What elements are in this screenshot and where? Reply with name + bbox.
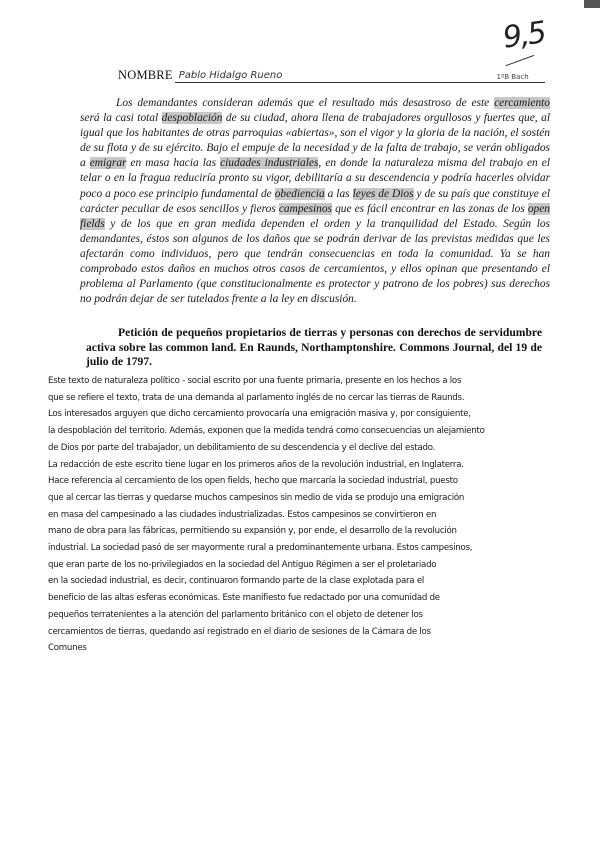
- essay-line: industrial. La sociedad pasó de ser mayo…: [48, 540, 562, 557]
- essay-line: mano de obra para las fábricas, permitie…: [48, 523, 562, 540]
- name-label: NOMBRE: [118, 68, 173, 83]
- highlighted-term: leyes de Dios: [353, 188, 414, 200]
- course-label: 1ºB Bach: [497, 73, 529, 81]
- essay-line: Comunes: [48, 640, 562, 657]
- highlighted-term: emigrar: [90, 157, 127, 169]
- student-name: Pablo Hidalgo Rueno: [179, 70, 283, 81]
- highlighted-term: despoblación: [162, 112, 223, 124]
- source-citation: Petición de pequeños propietarios de tie…: [86, 326, 542, 370]
- essay-line: en masa del campesinado a las ciudades i…: [48, 507, 562, 524]
- scan-corner-mark: [584, 0, 600, 8]
- essay-line: cercamientos de tierras, quedando así re…: [48, 624, 562, 641]
- highlighted-term: ciudades industriales: [220, 157, 318, 169]
- essay-line: Los interesados arguyen que dicho cercam…: [48, 406, 562, 423]
- essay-line: de Dios por parte del trabajador, un deb…: [48, 440, 562, 457]
- grade-underline: [506, 55, 535, 66]
- essay-line: que al cercar las tierras y quedarse muc…: [48, 490, 562, 507]
- essay-line: que se refiere el texto, trata de una de…: [48, 390, 562, 407]
- highlighted-term: campesinos: [279, 203, 332, 215]
- citation-text: Petición de pequeños propietarios de tie…: [86, 326, 542, 370]
- highlighted-term: cercamiento: [494, 97, 550, 109]
- highlighted-term: obediencia: [275, 188, 325, 200]
- essay-line: que eran parte de los no-privilegiados e…: [48, 557, 562, 574]
- essay-line: pequeños terratenientes a la atención de…: [48, 607, 562, 624]
- text-segment: a las: [325, 188, 353, 200]
- grade-mark: 9,5: [501, 15, 547, 55]
- source-paragraph: Los demandantes consideran además que el…: [80, 96, 550, 307]
- source-text: Los demandantes consideran además que el…: [80, 96, 550, 307]
- name-field[interactable]: Pablo Hidalgo Rueno 1ºB Bach: [175, 68, 545, 83]
- text-segment: en masa hacia las: [126, 157, 220, 169]
- essay-line: La redacción de este escrito tiene lugar…: [48, 457, 562, 474]
- text-segment: y de los que en gran medida dependen el …: [80, 218, 550, 305]
- essay-line: Este texto de naturaleza político - soci…: [48, 373, 562, 390]
- text-segment: que es fácil encontrar en las zonas de l…: [332, 203, 528, 215]
- text-segment: será la casi total: [80, 112, 162, 124]
- essay-line: beneficio de las altas esferas económica…: [48, 590, 562, 607]
- text-segment: Los demandantes consideran además que el…: [116, 97, 494, 109]
- handwritten-commentary: Este texto de naturaleza político - soci…: [48, 373, 578, 657]
- essay-line: en la sociedad industrial, es decir, con…: [48, 573, 562, 590]
- name-row: NOMBRE Pablo Hidalgo Rueno 1ºB Bach: [118, 68, 558, 83]
- essay-line: Hace referencia al cercamiento de los op…: [48, 473, 562, 490]
- essay-line: la despoblación del territorio. Además, …: [48, 423, 562, 440]
